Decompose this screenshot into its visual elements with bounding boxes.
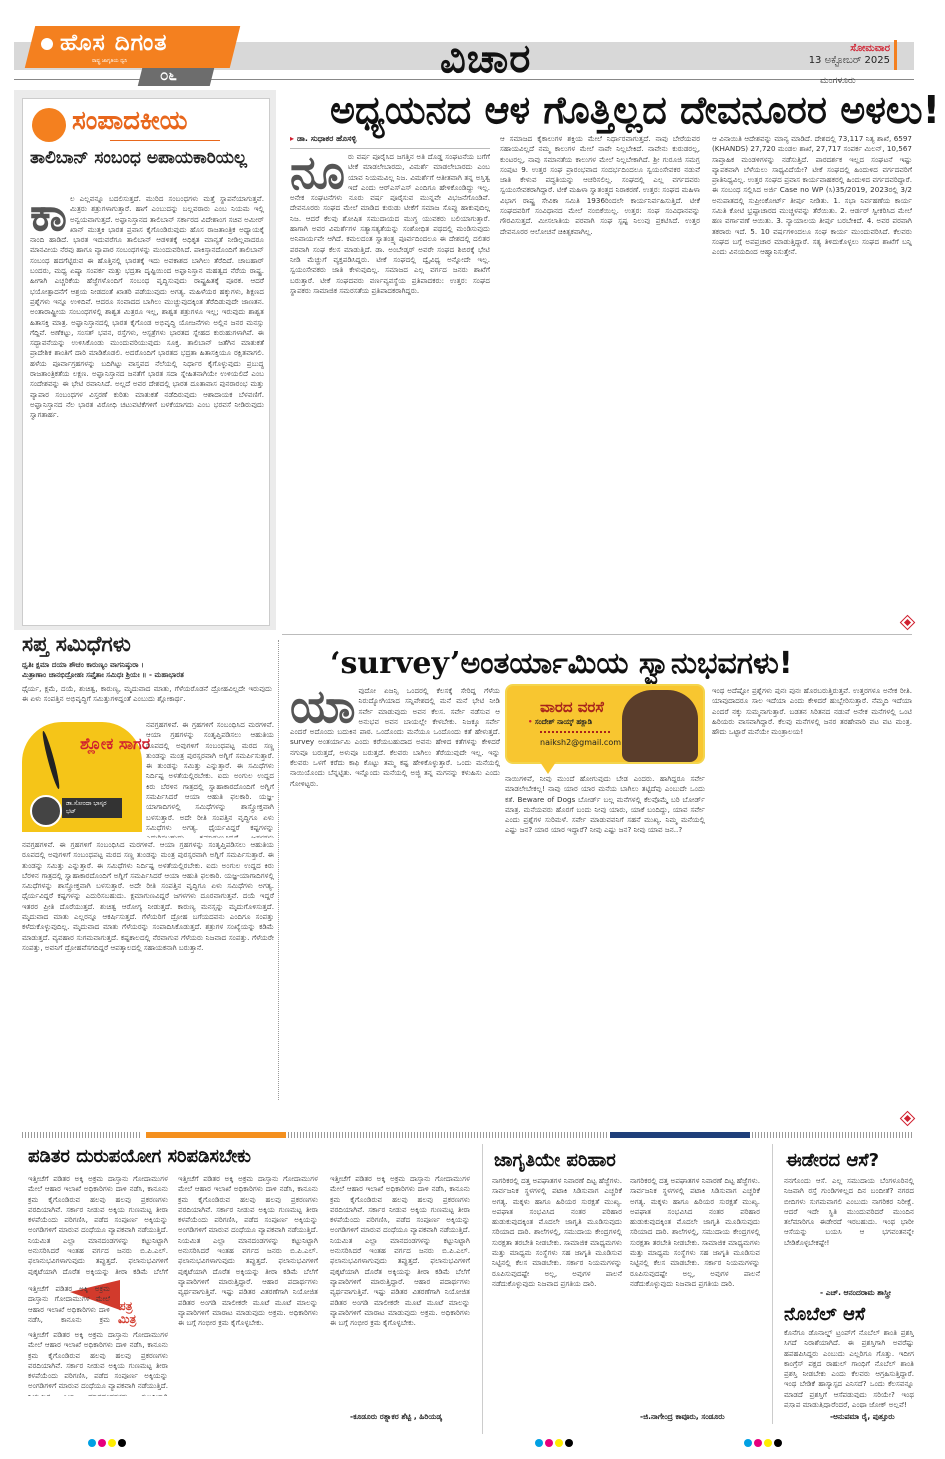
verse-meaning: ಧೈರ್ಯ, ಕ್ಷಮೆ, ದಯೆ, ಶುಚಿತ್ವ, ಕಾರುಣ್ಯ, ಮೃದ… <box>22 684 272 716</box>
letter-headline: ಪಡಿತರ ದುರುಪಯೋಗ ಸರಿಪಡಿಸಬೇಕು <box>28 1146 251 1167</box>
survey-col3: ಇಂಥ ಅದೆಷ್ಟೋ ಪ್ರಶ್ನೆಗಳು ಪುನಃ ಪುನಃ ಹೊರಬರುತ… <box>712 686 912 1098</box>
end-mark-icon <box>901 616 914 629</box>
editorial-label: ಸಂಪಾದಕೀಯ <box>72 106 187 137</box>
letter-body-wrap: ಇತ್ತೀಚೆಗೆ ಪಡಿತರ ಅಕ್ಕಿ ಅಕ್ರಮ ದಾಸ್ತಾನು ಗೋದ… <box>28 1284 110 1324</box>
editorial-body: ಕಾ ಲ ಎಲ್ಲವನ್ನೂ ಬದಲಿಸುತ್ತದೆ. ಮುರಿದ ಸಂಬಂಧಗ… <box>30 194 264 618</box>
letter-headline: ಜಾಗೃತಿಯೇ ಪರಿಹಾರ <box>494 1150 616 1171</box>
author-email[interactable]: naiksh2@gmail.com <box>540 738 621 747</box>
sanskrit-verse: ಧೃತಿಃ ಕ್ಷಮಾ ದಯಾ ಶೌಚಂ ಕಾರುಣ್ಯಂ ವಾಗನಿಷ್ಠುರ… <box>22 660 272 684</box>
dropcap: ಕಾ <box>30 194 67 234</box>
main-article-col1: ನೂ ರು ವರ್ಷ ಪೂರೈಸಿದ ಜಗತ್ತಿನ ಅತಿ ದೊಡ್ಡ ಸಂಘ… <box>290 152 490 622</box>
registration-marks <box>535 1439 573 1447</box>
registration-marks <box>744 1439 782 1447</box>
letter-body: ನನಗೊಂದು ಆಸೆ. ಎಲ್ಲ ಸಮುದಾಯ ಬೆಂಗಳೂರಿನಲ್ಲಿ ನ… <box>784 1176 914 1284</box>
main-headline: ಅಧ್ಯಯನದ ಆಳ ಗೊತ್ತಿಲ್ಲದ ದೇವನೂರರ ಅಳಲು! <box>330 88 940 133</box>
author-photo <box>622 690 698 762</box>
registration-marks <box>88 1439 126 1447</box>
date-accent-bar <box>894 40 897 70</box>
column-label: ಶ್ಲೋಕ ಸಾಗರ <box>80 735 150 753</box>
section-title: ವಿಚಾರ <box>440 36 531 82</box>
divider-hatch <box>288 1132 608 1138</box>
survey-col2: ನಾಯಿಗಳಿವೆ, ನೀವು ಮುಂದೆ ಹೋಗುವುದು ಬೇಡ ಎಂದರು… <box>505 774 705 1098</box>
edition-city: ಮಂಗಳೂರು <box>820 76 856 86</box>
letter-body-col2: ಇತ್ತೀಚೆಗೆ ಪಡಿತರ ಅಕ್ಕಿ ಅಕ್ರಮ ದಾಸ್ತಾನು ಗೋದ… <box>178 1174 318 1398</box>
letter-body: ಕೊನೆಗೂ ಡೊನಾಲ್ಡ್ ಟ್ರಂಪ್‌ಗೆ ನೊಬೆಲ್ ಶಾಂತಿ ಪ… <box>784 1328 914 1408</box>
column-title: ವಾರದ ವರಸೆ <box>540 698 604 716</box>
columnist-name: ಡಾ.ಸೋಂದಾ ಭಾಸ್ಕರ ಭಟ್ <box>62 798 122 818</box>
letter-body-col2: ನಾಗರಿಕರಲ್ಲಿ ದತ್ತ ಅಪಘಾತಗಳ ನಿವಾರಣೆ ದಿಟ್ಟ ಹ… <box>630 1176 760 1406</box>
letter-body-col3: ಇತ್ತೀಚೆಗೆ ಪಡಿತರ ಅಕ್ಕಿ ಅಕ್ರಮ ದಾಸ್ತಾನು ಗೋದ… <box>330 1174 470 1394</box>
byline: ಡಾ. ಸುಧಾಕರ ಹೊಸಳ್ಳಿ <box>290 134 356 144</box>
letter-headline: ನೊಬೆಲ್ ಆಸೆ <box>784 1304 865 1325</box>
column-divider <box>772 1144 773 1424</box>
dropcap: ಯಾ <box>290 686 356 726</box>
byline-rule <box>290 148 490 149</box>
main-article-col3: ಆ ವಿನಾಯಿತಿ ಆದೇಶವನ್ನು ಮಾನ್ಯ ಮಾಡಿದೆ. ದೇಶದಲ… <box>712 134 912 610</box>
letter-signature: -ಕೂಡೂರು ರತ್ನಾಕರ ಶೆಟ್ಟಿ , ಹಿರಿಯಡ್ಕ <box>350 1412 442 1422</box>
speech-tail <box>540 762 556 774</box>
column-author: • ಸಂದೇಶ್ ನಾಯ್ಕ್ ಹಕ್ಲಾಡಿ <box>528 718 592 727</box>
shloka-body-wrap: ನವಗ್ರಹಗಳಿವೆ. ಈ ಗ್ರಹಗಳಿಗೆ ಸಂಬಂಧಿಸಿದ ಮರಗಳಿ… <box>146 720 274 838</box>
shloka-body: ನವಗ್ರಹಗಳಿವೆ. ಈ ಗ್ರಹಗಳಿಗೆ ಸಂಬಂಧಿಸಿದ ಮರಗಳಿ… <box>22 840 274 1098</box>
letter-signature: -ಜಿ.ನಾಗೇಂದ್ರ ಕಾವೂರು, ಸಂಡೂರು <box>640 1412 725 1422</box>
editorial-headline: ತಾಲಿಬಾನ್ ಸಂಬಂಧ ಅಪಾಯಕಾರಿಯಲ್ಲ <box>30 148 265 168</box>
letter-body-col1: ನಾಗರಿಕರಲ್ಲಿ ದತ್ತ ಅಪಘಾತಗಳ ನಿವಾರಣೆ ದಿಟ್ಟ ಹ… <box>492 1176 622 1422</box>
editorial-emblem-icon <box>32 108 66 142</box>
date: 13 ಅಕ್ಟೋಬರ್ 2025 <box>790 55 890 67</box>
letter-signature: -ಅನುಪಮಾ ರೈ, ಪುತ್ತೂರು <box>830 1412 895 1422</box>
column-heading: ಸಪ್ತ ಸಮಿಧೆಗಳು <box>22 632 131 657</box>
weekday: ಸೋಮವಾರ <box>790 43 890 55</box>
survey-headline: ‘survey’ಅಂತರ್ಯಾಮಿಯ ಸ್ವಾನುಭವಗಳು! <box>330 646 793 681</box>
divider-orange <box>146 1132 286 1138</box>
section-rule <box>282 634 912 635</box>
dotted-divider <box>540 731 610 733</box>
ornament-divider <box>110 140 220 141</box>
divider-blue <box>610 1132 750 1138</box>
divider-hatch <box>22 1132 142 1138</box>
survey-col1: ಯಾ ವುದೋ ಏಜನ್ಸಿ ಒಂದರಲ್ಲಿ ಕೆಲಸಕ್ಕೆ ಸೇರಿದ್ದ… <box>290 686 500 1098</box>
date-block: ಸೋಮವಾರ 13 ಅಕ್ಟೋಬರ್ 2025 <box>790 43 890 67</box>
end-mark-icon <box>901 1112 914 1125</box>
newspaper-logo: ಹೊಸ ದಿಗಂತ <box>60 30 167 56</box>
letter-signature: - ಎಚ್. ಆನಂದರಾಮ ಶಾಸ್ತ್ರೀ <box>820 1288 891 1298</box>
divider-hatch <box>752 1132 912 1138</box>
letter-headline: ಈಡೇರದ ಆಸೆ? <box>786 1150 879 1171</box>
page-number: ೦೬ <box>160 66 177 84</box>
letter-body-col1b: ಇತ್ತೀಚೆಗೆ ಪಡಿತರ ಅಕ್ಕಿ ಅಕ್ರಮ ದಾಸ್ತಾನು ಗೋದ… <box>28 1330 168 1396</box>
column-divider <box>482 1144 483 1434</box>
columnist-avatar <box>30 795 62 827</box>
verse-source: - ಮಹಾಭಾರತ <box>149 670 184 679</box>
logo-emblem-icon <box>38 35 56 53</box>
dropcap: ನೂ <box>290 152 345 192</box>
main-article-col2: ಆ ಸಮಾಜದ ಕೈಕಾಲುಗಳ ಶಕ್ತಿಯ ಮೇಲೆ ನಿರ್ಧಾರವಾಗು… <box>500 134 700 622</box>
column-divider <box>278 640 279 1100</box>
logo-tagline: ರಾಷ್ಟ್ರ ಜಾಗೃತಿಯ ಧ್ವನಿ <box>92 58 127 64</box>
column-label: ಪತ್ರ ಮಿತ್ರ <box>118 1300 148 1326</box>
letter-body-col1: ಇತ್ತೀಚೆಗೆ ಪಡಿತರ ಅಕ್ಕಿ ಅಕ್ರಮ ದಾಸ್ತಾನು ಗೋದ… <box>28 1174 168 1278</box>
